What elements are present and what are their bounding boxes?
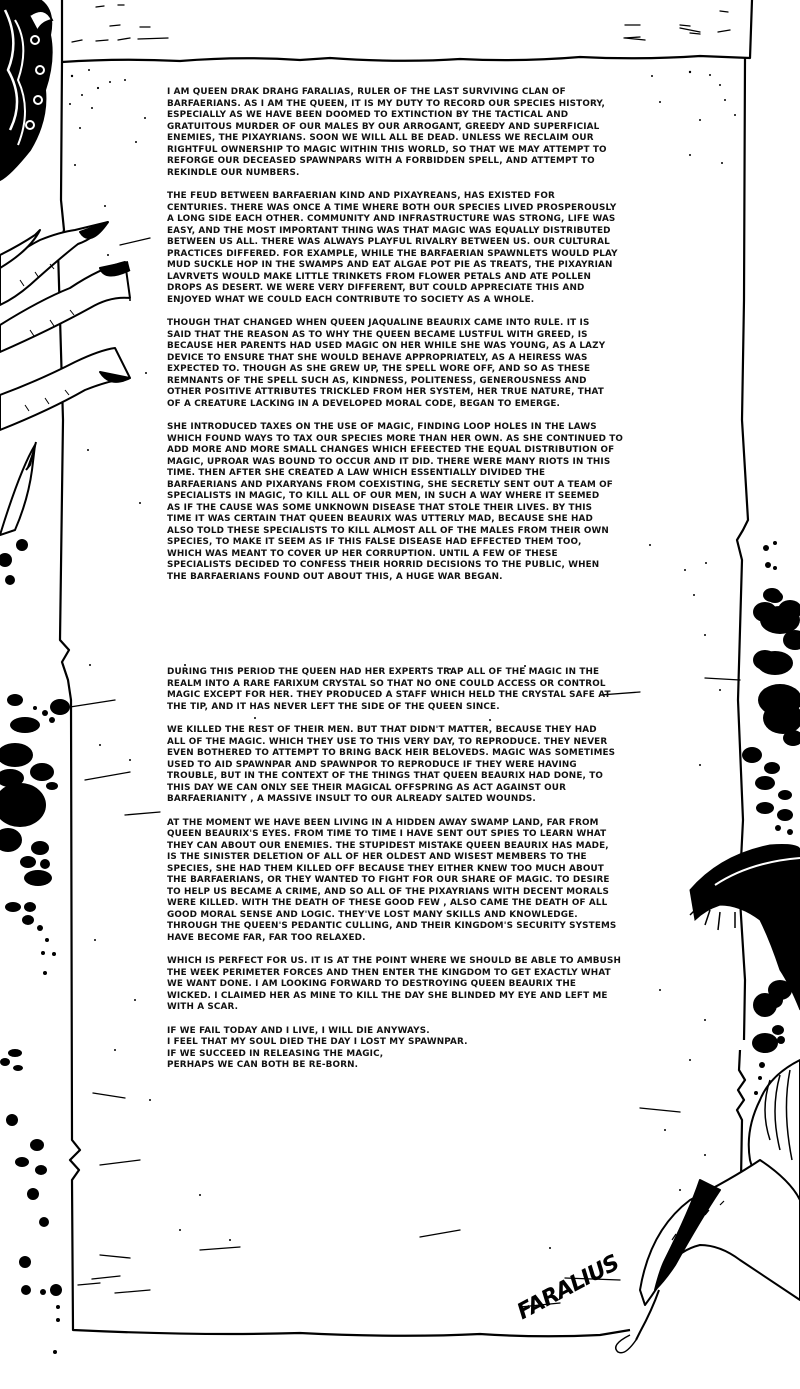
text-line: THOUGH THAT CHANGED WHEN QUEEN JAQUALINE…: [167, 317, 637, 329]
text-line: MAGIC, UPROAR WAS BOUND TO OCCUR AND IT …: [167, 456, 637, 468]
letter-paragraph: THOUGH THAT CHANGED WHEN QUEEN JAQUALINE…: [167, 317, 657, 409]
ink-blobs-right: [742, 541, 800, 1095]
text-line: WHICH IS PERFECT FOR US. IT IS AT THE PO…: [167, 955, 637, 967]
text-line: LAVRVETS WOULD MAKE LITTLE TRINKETS FROM…: [167, 271, 637, 283]
letter-part-two: DURING THIS PERIOD THE QUEEN HAD HER EXP…: [167, 666, 657, 1071]
text-line: I AM QUEEN DRAK DRAHG FARALIAS, RULER OF…: [167, 86, 637, 98]
text-line: THE BARFAERIANS, OR THEY WANTED TO FIGHT…: [167, 874, 637, 886]
text-line: EXPECTED TO. THOUGH AS SHE GREW UP, THE …: [167, 363, 637, 375]
text-line: OF A CREATURE LACKING IN A DEVELOPED MOR…: [167, 398, 637, 410]
letter-paragraph: WE KILLED THE REST OF THEIR MEN. BUT THA…: [167, 724, 657, 805]
text-line: RIGHTFUL OWNERSHIP TO MAGIC WITHIN THIS …: [167, 144, 637, 156]
text-line: AT THE MOMENT WE HAVE BEEN LIVING IN A H…: [167, 817, 637, 829]
text-line: EVEN BOTHERED TO ATTEMPT TO BRING BACK H…: [167, 747, 637, 759]
letter-paragraph: IF WE FAIL TODAY AND I LIVE, I WILL DIE …: [167, 1025, 657, 1071]
text-line: IF WE SUCCEED IN RELEASING THE MAGIC,: [167, 1048, 637, 1060]
text-line: BECAUSE HER PARENTS HAD USED MAGIC ON HE…: [167, 340, 637, 352]
text-line: THE FEUD BETWEEN BARFAERIAN KIND AND PIX…: [167, 190, 637, 202]
text-line: REKINDLE OUR NUMBERS.: [167, 167, 637, 179]
letter-paragraph: AT THE MOMENT WE HAVE BEEN LIVING IN A H…: [167, 817, 657, 944]
text-line: PERHAPS WE CAN BOTH BE RE-BORN.: [167, 1059, 637, 1071]
text-line: SPECIES, SHE HAD THEM KILLED OFF BECAUSE…: [167, 863, 637, 875]
text-line: SPECIES, TO MAKE IT SEEM AS IF THIS FALS…: [167, 536, 637, 548]
text-line: A LONG SIDE EACH OTHER. COMMUNITY AND IN…: [167, 213, 637, 225]
text-line: THE BARFAERIANS FOUND OUT ABOUT THIS, A …: [167, 571, 637, 583]
text-line: WITH A SCAR.: [167, 1001, 637, 1013]
text-line: HAVE BECOME FAR, FAR TOO RELAXED.: [167, 932, 637, 944]
text-line: THE TIP, AND IT HAS NEVER LEFT THE SIDE …: [167, 701, 637, 713]
text-line: USED TO AID SPAWNPAR AND SPAWNPOR TO REP…: [167, 759, 637, 771]
letter-paragraph: I AM QUEEN DRAK DRAHG FARALIAS, RULER OF…: [167, 86, 657, 178]
text-line: BARFAERIANS. AS I AM THE QUEEN, IT IS MY…: [167, 98, 637, 110]
text-line: SHE INTRODUCED TAXES ON THE USE OF MAGIC…: [167, 421, 637, 433]
paragraph-spacer: [167, 594, 657, 666]
text-line: EASY, AND THE MOST IMPORTANT THING WAS T…: [167, 225, 637, 237]
text-line: THROUGH THE QUEEN'S PEDANTIC CULLING, AN…: [167, 920, 637, 932]
text-line: THEY CAN ABOUT OUR ENEMIES. THE STUPIDES…: [167, 840, 637, 852]
text-line: CENTURIES. THERE WAS ONCE A TIME WHERE B…: [167, 202, 637, 214]
text-line: ALSO TOLD THESE SPECIALISTS TO KILL ALMO…: [167, 525, 637, 537]
ornate-creature-illustration: [0, 0, 52, 180]
text-line: BETWEEN US ALL. THERE WAS ALWAYS PLAYFUL…: [167, 236, 637, 248]
text-line: TROUBLE, BUT IN THE CONTEXT OF THE THING…: [167, 770, 637, 782]
text-line: MUD SUCKLE HOP IN THE SWAMPS AND EAT ALG…: [167, 259, 637, 271]
text-line: QUEEN BEAURIX'S EYES. FROM TIME TO TIME …: [167, 828, 637, 840]
text-line: ENJOYED WHAT WE COULD EACH CONTRIBUTE TO…: [167, 294, 637, 306]
text-line: WE KILLED THE REST OF THEIR MEN. BUT THA…: [167, 724, 637, 736]
letter-text: I AM QUEEN DRAK DRAHG FARALIAS, RULER OF…: [167, 86, 657, 1083]
text-line: THE WEEK PERIMETER FORCES AND THEN ENTER…: [167, 967, 637, 979]
text-line: DURING THIS PERIOD THE QUEEN HAD HER EXP…: [167, 666, 637, 678]
text-line: IS THE SINISTER DELETION OF ALL OF HER O…: [167, 851, 637, 863]
letter-paragraph: DURING THIS PERIOD THE QUEEN HAD HER EXP…: [167, 666, 657, 712]
text-line: PRACTICES DIFFERED. FOR EXAMPLE, WHILE T…: [167, 248, 637, 260]
text-line: GOOD MORAL SENSE AND LOGIC. THEY'VE LOST…: [167, 909, 637, 921]
letter-paragraph: SHE INTRODUCED TAXES ON THE USE OF MAGIC…: [167, 421, 657, 582]
text-line: WHICH FOUND WAYS TO TAX OUR SPECIES MORE…: [167, 433, 637, 445]
letter-paragraph: THE FEUD BETWEEN BARFAERIAN KIND AND PIX…: [167, 190, 657, 305]
text-line: WICKED. I CLAIMED HER AS MINE TO KILL TH…: [167, 990, 637, 1002]
text-line: GRATUITOUS MURDER OF OUR MALES BY OUR AR…: [167, 121, 637, 133]
text-line: BARFAERIANS AND PIXARYANS FROM COEXISTIN…: [167, 479, 637, 491]
text-line: BARFAERIANITY , A MASSIVE INSULT TO OUR …: [167, 793, 637, 805]
text-line: TIME. THEN AFTER SHE CREATED A LAW WHICH…: [167, 467, 637, 479]
text-line: REFORGE OUR DECEASED SPAWNPARS WITH A FO…: [167, 155, 637, 167]
text-line: IF WE FAIL TODAY AND I LIVE, I WILL DIE …: [167, 1025, 637, 1037]
ink-blobs-left: [0, 539, 70, 1354]
text-line: ADD MORE AND MORE SMALL CHANGES WHICH EF…: [167, 444, 637, 456]
clawed-fingers-illustration: [0, 222, 130, 535]
text-line: DROPS AS DESERT. WE WERE VERY DIFFERENT,…: [167, 282, 637, 294]
text-line: AS IF THE CAUSE WAS SOME UNKNOWN DISEASE…: [167, 502, 637, 514]
letter-paragraph: WHICH IS PERFECT FOR US. IT IS AT THE PO…: [167, 955, 657, 1013]
text-line: SPECIALISTS IN MAGIC, TO KILL ALL OF OUR…: [167, 490, 637, 502]
text-line: WERE KILLED. WITH THE DEATH OF THESE GOO…: [167, 897, 637, 909]
text-line: WHICH WAS MEANT TO COVER UP HER CORRUPTI…: [167, 548, 637, 560]
text-line: MAGIC EXCEPT FOR HER. THEY PRODUCED A ST…: [167, 689, 637, 701]
hand-holding-quill-illustration: [616, 1060, 800, 1353]
text-line: I FEEL THAT MY SOUL DIED THE DAY I LOST …: [167, 1036, 637, 1048]
text-line: DEVICE TO ENSURE THAT SHE WOULD BEHAVE A…: [167, 352, 637, 364]
text-line: ESPECIALLY AS WE HAVE BEEN DOOMED TO EXT…: [167, 109, 637, 121]
text-line: WE WANT DONE. I AM LOOKING FORWARD TO DE…: [167, 978, 637, 990]
text-line: ALL OF THE MAGIC. WHICH THEY USE TO THIS…: [167, 736, 637, 748]
text-line: TIME IT WAS CERTAIN THAT QUEEN BEAURIX W…: [167, 513, 637, 525]
letter-part-one: I AM QUEEN DRAK DRAHG FARALIAS, RULER OF…: [167, 86, 657, 582]
text-line: REMNANTS OF THE SPELL SUCH AS, KINDNESS,…: [167, 375, 637, 387]
text-line: ENEMIES, THE PIXAYRIANS. SOON WE WILL AL…: [167, 132, 637, 144]
text-line: SAID THAT THE REASON AS TO WHY THE QUEEN…: [167, 329, 637, 341]
text-line: OTHER POSITIVE ATTRIBUTES TRICKLED FROM …: [167, 386, 637, 398]
text-line: SPECIALISTS DECIDED TO CONFESS THEIR HOR…: [167, 559, 637, 571]
text-line: THIS DAY WE CAN ONLY SEE THEIR MAGICAL O…: [167, 782, 637, 794]
text-line: TO HELP US BECAME A CRIME, AND SO ALL OF…: [167, 886, 637, 898]
text-line: REALM INTO A RARE FARIXUM CRYSTAL SO THA…: [167, 678, 637, 690]
